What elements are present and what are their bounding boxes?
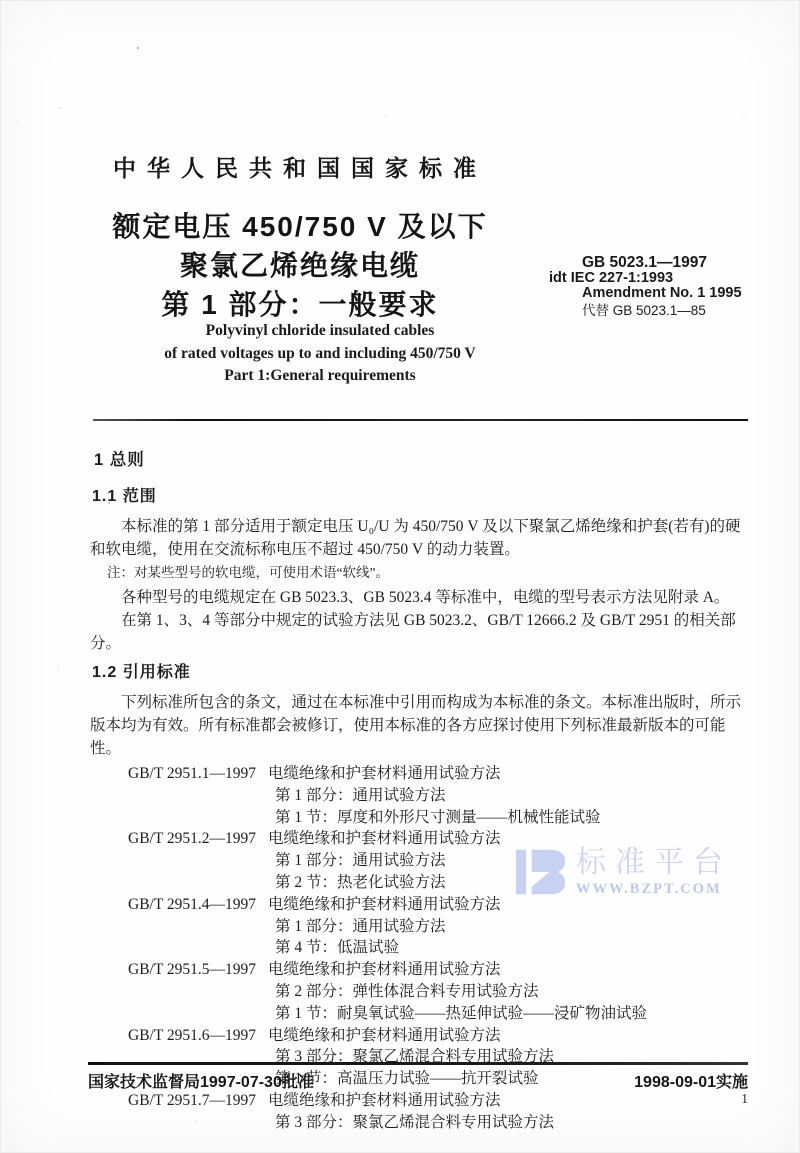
reference-item: GB/T 2951.7—1997 电缆绝缘和护套材料通用试验方法第 3 部分：聚… [128, 1090, 750, 1134]
document-body: 1 总则 1.1 范围 本标准的第 1 部分适用于额定电压 U₀/U 为 450… [90, 449, 750, 1134]
replaces-note: 代替 GB 5023.1—85 [549, 302, 764, 319]
idt-reference: idt IEC 227-1:1993 [549, 271, 764, 287]
reference-line: 第 1 节：耐臭氧试验——热延伸试验——浸矿物油试验 [268, 1003, 750, 1025]
reference-line: 电缆绝缘和护套材料通用试验方法 [268, 894, 750, 916]
reference-line: 电缆绝缘和护套材料通用试验方法 [268, 828, 750, 850]
reference-line: 第 2 节：热老化试验方法 [268, 872, 750, 894]
reference-line: 电缆绝缘和护套材料通用试验方法 [268, 1090, 750, 1112]
reference-lines: 电缆绝缘和护套材料通用试验方法第 1 部分：通用试验方法第 2 节：热老化试验方… [268, 828, 750, 893]
amendment-note: Amendment No. 1 1995 [549, 286, 764, 302]
reference-line: 电缆绝缘和护套材料通用试验方法 [268, 763, 750, 785]
standard-number: GB 5023.1—1997 [549, 255, 764, 271]
reference-line: 第 1 部分：通用试验方法 [268, 785, 750, 807]
reference-line: 第 2 部分：弹性体混合料专用试验方法 [268, 981, 750, 1003]
footer-divider [88, 1062, 748, 1065]
standard-title-line-3: 第 1 部分：一般要求 [80, 285, 520, 324]
scope-paragraph: 本标准的第 1 部分适用于额定电压 U₀/U 为 450/750 V 及以下聚氯… [90, 515, 750, 561]
english-title: Polyvinyl chloride insulated cables of r… [80, 320, 560, 388]
models-paragraph: 各种型号的电缆规定在 GB 5023.3、GB 5023.4 等标准中，电缆的型… [90, 586, 750, 609]
reference-line: 第 3 部分：聚氯乙烯混合料专用试验方法 [268, 1046, 750, 1068]
reference-item: GB/T 2951.4—1997 电缆绝缘和护套材料通用试验方法第 1 部分：通… [128, 894, 750, 959]
english-title-line-1: Polyvinyl chloride insulated cables [80, 320, 560, 343]
reference-line: 第 4 节：低温试验 [268, 937, 750, 959]
page-number: 1 [690, 1091, 748, 1107]
reference-item: GB/T 2951.5—1997 电缆绝缘和护套材料通用试验方法第 2 部分：弹… [128, 959, 750, 1024]
reference-line: 第 1 部分：通用试验方法 [268, 850, 750, 872]
scanned-standard-page: 中华人民共和国国家标准 额定电压 450/750 V 及以下 聚氯乙烯绝缘电缆 … [0, 0, 800, 1153]
references-intro: 下列标准所包含的条文，通过在本标准中引用而构成为本标准的条文。本标准出版时，所示… [90, 691, 750, 760]
footer: 国家技术监督局1997-07-30批准 1998-09-01实施 [88, 1069, 748, 1092]
tests-paragraph: 在第 1、3、4 等部分中规定的试验方法见 GB 5023.2、GB/T 126… [90, 609, 750, 655]
section-1-2-heading: 1.2 引用标准 [92, 661, 750, 684]
reference-line: 电缆绝缘和护套材料通用试验方法 [268, 959, 750, 981]
reference-lines: 电缆绝缘和护套材料通用试验方法第 1 部分：通用试验方法第 1 节：厚度和外形尺… [268, 763, 750, 828]
standard-code-block: GB 5023.1—1997 idt IEC 227-1:1993 Amendm… [549, 255, 764, 318]
reference-item: GB/T 2951.1—1997 电缆绝缘和护套材料通用试验方法第 1 部分：通… [128, 763, 750, 828]
reference-item: GB/T 2951.2—1997 电缆绝缘和护套材料通用试验方法第 1 部分：通… [128, 828, 750, 893]
reference-code: GB/T 2951.1—1997 [128, 763, 268, 828]
scope-note: 注：对某些型号的软电缆，可使用术语“软线”。 [90, 563, 750, 583]
reference-code: GB/T 2951.7—1997 [128, 1090, 268, 1134]
national-standard-heading: 中华人民共和国国家标准 [80, 150, 520, 183]
standard-title: 额定电压 450/750 V 及以下 聚氯乙烯绝缘电缆 第 1 部分：一般要求 [80, 207, 520, 324]
reference-code: GB/T 2951.4—1997 [128, 894, 268, 959]
reference-lines: 电缆绝缘和护套材料通用试验方法第 3 部分：聚氯乙烯混合料专用试验方法 [268, 1090, 750, 1134]
reference-code: GB/T 2951.2—1997 [128, 828, 268, 893]
approval-text: 国家技术监督局1997-07-30批准 [88, 1069, 314, 1092]
reference-line: 第 1 部分：通用试验方法 [268, 916, 750, 938]
english-title-line-3: Part 1:General requirements [80, 365, 560, 388]
reference-lines: 电缆绝缘和护套材料通用试验方法第 2 部分：弹性体混合料专用试验方法第 1 节：… [268, 959, 750, 1024]
standard-title-line-2: 聚氯乙烯绝缘电缆 [80, 246, 520, 285]
reference-line: 第 3 部分：聚氯乙烯混合料专用试验方法 [268, 1112, 750, 1134]
reference-line: 第 1 节：厚度和外形尺寸测量——机械性能试验 [268, 807, 750, 829]
reference-lines: 电缆绝缘和护套材料通用试验方法第 1 部分：通用试验方法第 4 节：低温试验 [268, 894, 750, 959]
standard-title-line-1: 额定电压 450/750 V 及以下 [80, 207, 520, 246]
section-1-heading: 1 总则 [94, 449, 750, 472]
english-title-line-2: of rated voltages up to and including 45… [80, 343, 560, 366]
reference-line: 电缆绝缘和护套材料通用试验方法 [268, 1025, 750, 1047]
section-1-1-heading: 1.1 范围 [92, 485, 750, 508]
effective-date-text: 1998-09-01实施 [634, 1069, 748, 1092]
reference-code: GB/T 2951.5—1997 [128, 959, 268, 1024]
header-divider [93, 419, 748, 421]
